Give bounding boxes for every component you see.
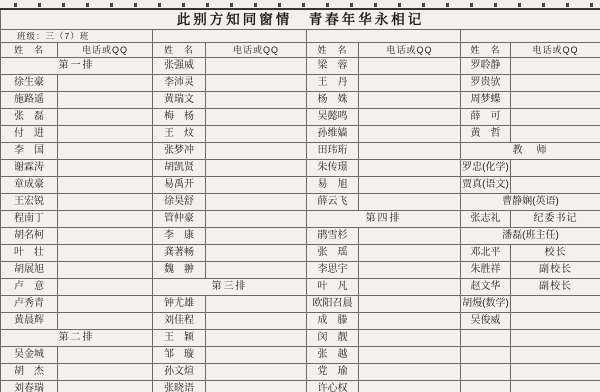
contact-cell: [206, 313, 307, 330]
header-contact: 电话或QQ: [359, 43, 461, 58]
table-row: 卢秀青钟尤雄欧阳召晨胡熳(数学): [1, 296, 600, 313]
header-contact: 电话或QQ: [206, 43, 307, 58]
title-row: 此别方知同窗情 青春年华永相记: [1, 10, 600, 30]
contact-cell: [206, 143, 307, 160]
name-cell: 赵文华: [461, 279, 511, 296]
contact-cell: [206, 296, 307, 313]
contact-cell: [58, 228, 153, 245]
contact-cell: [511, 160, 600, 177]
page: 此别方知同窗情 青春年华永相记 班级：三（7）班 姓 名电话或QQ姓 名电话或Q…: [0, 0, 600, 392]
table-row: 胡 杰孙文煊党 瑜: [1, 364, 600, 381]
contact-cell: [511, 109, 600, 126]
contact-cell: [58, 211, 153, 228]
contact-cell: [511, 381, 600, 392]
table-row: 卢 意第三排叶 凡赵文华副校长: [1, 279, 600, 296]
name-cell: 易禹开: [153, 177, 206, 194]
name-cell: 吴懿鸣: [307, 109, 359, 126]
name-cell: 薛 可: [461, 109, 511, 126]
contact-cell: [206, 381, 307, 392]
name-cell: 王 炆: [153, 126, 206, 143]
contact-cell: [206, 109, 307, 126]
name-cell: 贾真(语文): [461, 177, 511, 194]
name-cell: 刘佳程: [153, 313, 206, 330]
contact-cell: [359, 381, 461, 392]
name-cell: 李思宇: [307, 262, 359, 279]
contact-cell: [511, 126, 600, 143]
name-cell: 王宏锐: [1, 194, 58, 211]
name-cell: 杨 姝: [307, 92, 359, 109]
contact-cell: [359, 92, 461, 109]
contact-cell: [359, 364, 461, 381]
name-cell: 罗忠(化学): [461, 160, 511, 177]
name-cell: 卢秀青: [1, 296, 58, 313]
name-cell: 魏 翀: [153, 262, 206, 279]
name-cell: 胡熳(数学): [461, 296, 511, 313]
name-cell: [461, 364, 511, 381]
empty-cell: [461, 30, 600, 43]
name-cell: 叶 凡: [307, 279, 359, 296]
table-row: 吴金城邹 璇张 越: [1, 347, 600, 364]
name-cell: 薛云飞: [307, 194, 359, 211]
class-row: 班级：三（7）班: [1, 30, 600, 43]
table-row: 叶 壮龚著畅张 瑶邓北平校长: [1, 245, 600, 262]
contact-cell: [206, 211, 307, 228]
contact-cell: [359, 177, 461, 194]
contact-cell: [58, 126, 153, 143]
contact-cell: [206, 245, 307, 262]
name-cell: 钟尤雄: [153, 296, 206, 313]
contact-cell: [206, 228, 307, 245]
contact-cell: [206, 75, 307, 92]
name-cell: 程南丁: [1, 211, 58, 228]
name-cell: 罗贵欤: [461, 75, 511, 92]
contact-cell: [511, 58, 600, 75]
row-group-label: 第二排: [1, 330, 153, 347]
contact-cell: [58, 160, 153, 177]
header-name: 姓 名: [153, 43, 206, 58]
table-row: 胡展旭魏 翀李思宇朱胜祥副校长: [1, 262, 600, 279]
name-cell: 龚著畅: [153, 245, 206, 262]
contact-cell: [58, 109, 153, 126]
empty-cell: [307, 30, 461, 43]
contact-cell: [511, 347, 600, 364]
contact-cell: [359, 160, 461, 177]
contact-cell: [58, 75, 153, 92]
header-name: 姓 名: [1, 43, 58, 58]
name-cell: 邓北平: [461, 245, 511, 262]
contact-cell: [511, 313, 600, 330]
contact-cell: [58, 347, 153, 364]
contact-cell: [359, 279, 461, 296]
contact-cell: [359, 330, 461, 347]
table-row: 施路遥黄瑞文杨 姝周梦蝶: [1, 92, 600, 109]
contact-cell: [58, 177, 153, 194]
contact-cell: [359, 296, 461, 313]
name-cell: 梁 蓉: [307, 58, 359, 75]
name-cell: [461, 381, 511, 392]
contact-cell: [58, 262, 153, 279]
name-cell: 易 旭: [307, 177, 359, 194]
name-cell: 孙维嫱: [307, 126, 359, 143]
empty-cell: [153, 30, 307, 43]
table-row: 胡名柯李 康鹃雪杉潘磊(班主任): [1, 228, 600, 245]
name-cell: 胡展旭: [1, 262, 58, 279]
table-row: 李 国张梦冲田玮珩教 师: [1, 143, 600, 160]
name-cell: 张梦冲: [153, 143, 206, 160]
table-row: 黄晨辉刘佳程成 滕吴俊威: [1, 313, 600, 330]
name-cell: 卢 意: [1, 279, 58, 296]
name-cell: 周梦蝶: [461, 92, 511, 109]
name-cell: 王 丹: [307, 75, 359, 92]
name-cell: 黄瑞文: [153, 92, 206, 109]
name-cell: 梅 杨: [153, 109, 206, 126]
name-cell: 徐昊舒: [153, 194, 206, 211]
contact-cell: [58, 194, 153, 211]
contact-cell: [359, 143, 461, 160]
name-cell: 曹静娴(英语): [461, 194, 600, 211]
contact-cell: [359, 58, 461, 75]
role-cell: 副校长: [511, 279, 600, 296]
contact-cell: [206, 347, 307, 364]
contact-cell: [359, 126, 461, 143]
contact-cell: [359, 194, 461, 211]
contact-cell: [511, 296, 600, 313]
name-cell: 李沛灵: [153, 75, 206, 92]
name-cell: 张 磊: [1, 109, 58, 126]
name-cell: 邹 璇: [153, 347, 206, 364]
name-cell: 吴金城: [1, 347, 58, 364]
name-cell: [461, 347, 511, 364]
contact-cell: [206, 177, 307, 194]
name-cell: 王 颖: [153, 330, 206, 347]
contact-cell: [359, 109, 461, 126]
header-contact: 电话或QQ: [511, 43, 600, 58]
name-cell: 朱传璟: [307, 160, 359, 177]
contact-cell: [359, 347, 461, 364]
contact-cell: [206, 58, 307, 75]
name-cell: 张晓语: [153, 381, 206, 392]
contact-cell: [206, 330, 307, 347]
contact-cell: [511, 177, 600, 194]
table-row: 第二排王 颖闵 靓: [1, 330, 600, 347]
name-cell: [461, 330, 511, 347]
name-cell: 张 瑶: [307, 245, 359, 262]
contact-cell: [359, 313, 461, 330]
role-cell: 副校长: [511, 262, 600, 279]
table-row: 刘春瑞张晓语许心权: [1, 381, 600, 392]
table-row: 第一排张强威梁 蓉罗聆静: [1, 58, 600, 75]
name-cell: 许心权: [307, 381, 359, 392]
name-cell: 李 康: [153, 228, 206, 245]
header-name: 姓 名: [461, 43, 511, 58]
contact-cell: [206, 262, 307, 279]
contact-cell: [206, 364, 307, 381]
contact-cell: [58, 92, 153, 109]
row-group-label: 第一排: [1, 58, 153, 75]
role-cell: 纪委书记: [511, 211, 600, 228]
contact-table: 此别方知同窗情 青春年华永相记 班级：三（7）班 姓 名电话或QQ姓 名电话或Q…: [0, 9, 600, 392]
table-title: 此别方知同窗情 青春年华永相记: [1, 10, 600, 30]
contact-cell: [206, 92, 307, 109]
contact-cell: [58, 364, 153, 381]
name-cell: 章成豪: [1, 177, 58, 194]
contact-cell: [511, 92, 600, 109]
header-contact: 电话或QQ: [58, 43, 153, 58]
table-row: 张 磊梅 杨吴懿鸣薛 可: [1, 109, 600, 126]
row-group-label: 第三排: [153, 279, 307, 296]
contact-cell: [206, 126, 307, 143]
name-cell: 欧阳召晨: [307, 296, 359, 313]
contact-cell: [58, 296, 153, 313]
contact-cell: [359, 228, 461, 245]
table-row: 付 进王 炆孙维嫱黄 哲: [1, 126, 600, 143]
name-cell: 吴俊威: [461, 313, 511, 330]
name-cell: 张 越: [307, 347, 359, 364]
table-row: 章成豪易禹开易 旭贾真(语文): [1, 177, 600, 194]
table-row: 谢霖涛胡凯贤朱传璟罗忠(化学): [1, 160, 600, 177]
name-cell: 施路遥: [1, 92, 58, 109]
cropped-row-strip: [0, 0, 600, 9]
header-name: 姓 名: [307, 43, 359, 58]
name-cell: 张强威: [153, 58, 206, 75]
name-cell: 鹃雪杉: [307, 228, 359, 245]
contact-cell: [206, 194, 307, 211]
contact-cell: [359, 262, 461, 279]
name-cell: 胡凯贤: [153, 160, 206, 177]
name-cell: 成 滕: [307, 313, 359, 330]
name-cell: 付 进: [1, 126, 58, 143]
name-cell: 朱胜祥: [461, 262, 511, 279]
table-row: 王宏锐徐昊舒薛云飞曹静娴(英语): [1, 194, 600, 211]
name-cell: 孙文煊: [153, 364, 206, 381]
contact-cell: [511, 364, 600, 381]
contact-cell: [206, 160, 307, 177]
name-cell: 田玮珩: [307, 143, 359, 160]
table-row: 徐生豪李沛灵王 丹罗贵欤: [1, 75, 600, 92]
name-cell: 闵 靓: [307, 330, 359, 347]
class-label: 班级：三（7）班: [1, 30, 153, 43]
name-cell: 管仲豪: [153, 211, 206, 228]
name-cell: 谢霖涛: [1, 160, 58, 177]
contact-cell: [58, 313, 153, 330]
name-cell: 胡名柯: [1, 228, 58, 245]
name-cell: 党 瑜: [307, 364, 359, 381]
column-header-row: 姓 名电话或QQ姓 名电话或QQ姓 名电话或QQ姓 名电话或QQ: [1, 43, 600, 58]
table-row: 程南丁管仲豪第四排张志礼纪委书记: [1, 211, 600, 228]
name-cell: 李 国: [1, 143, 58, 160]
name-cell: 叶 壮: [1, 245, 58, 262]
contact-cell: [58, 245, 153, 262]
name-cell: 刘春瑞: [1, 381, 58, 392]
name-cell: 黄晨辉: [1, 313, 58, 330]
row-group-label: 第四排: [307, 211, 461, 228]
name-cell: 罗聆静: [461, 58, 511, 75]
name-cell: 黄 哲: [461, 126, 511, 143]
name-cell: 胡 杰: [1, 364, 58, 381]
contact-cell: [511, 75, 600, 92]
row-group-label: 教 师: [461, 143, 600, 160]
role-cell: 校长: [511, 245, 600, 262]
contact-cell: [359, 245, 461, 262]
contact-cell: [511, 330, 600, 347]
name-cell: 张志礼: [461, 211, 511, 228]
name-cell: 徐生豪: [1, 75, 58, 92]
contact-cell: [58, 381, 153, 392]
name-cell: 潘磊(班主任): [461, 228, 600, 245]
cropped-text-ticks: [0, 3, 600, 7]
contact-cell: [58, 279, 153, 296]
contact-cell: [58, 143, 153, 160]
contact-cell: [359, 75, 461, 92]
